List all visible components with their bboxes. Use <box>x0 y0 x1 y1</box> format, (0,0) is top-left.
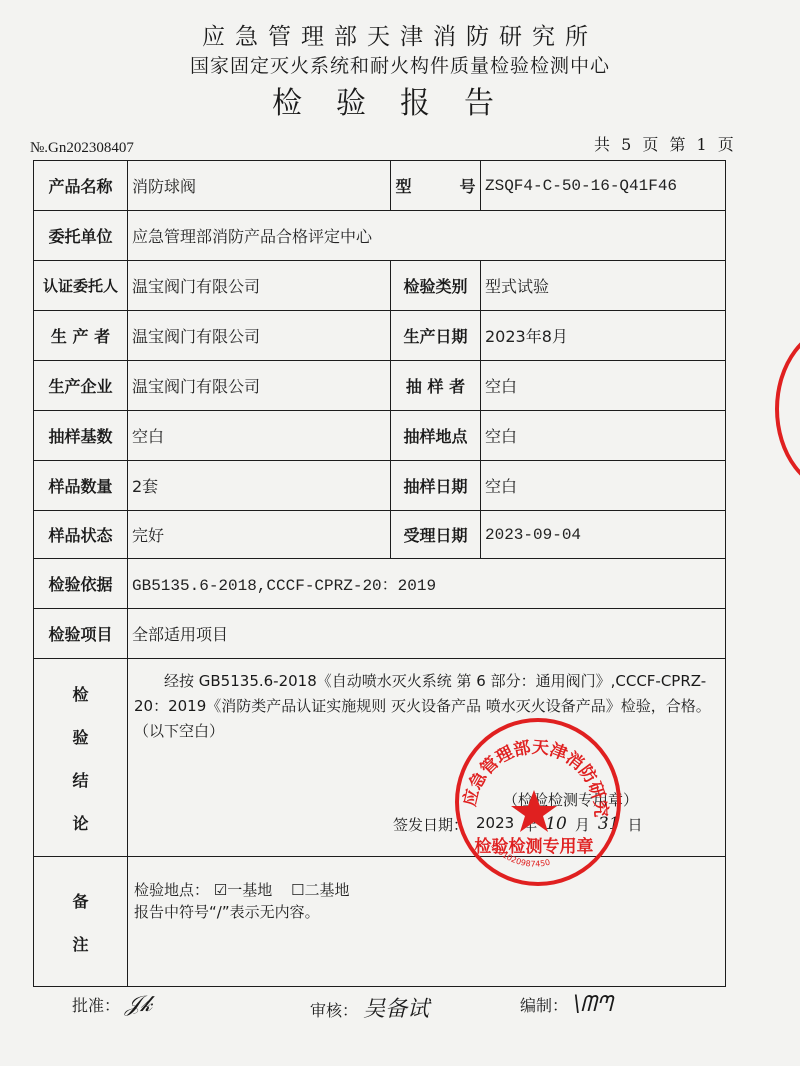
value-accept-date: 2023-09-04 <box>481 511 726 559</box>
row-applicant: 认证委托人 温宝阀门有限公司 检验类别 型式试验 <box>34 261 726 311</box>
svg-text:检验检测专用章: 检验检测专用章 <box>475 836 594 857</box>
row-producer: 生 产 者 温宝阀门有限公司 生产日期 2023年8月 <box>34 311 726 361</box>
partial-seal-stamp <box>775 325 800 493</box>
label-sample-location: 抽样地点 <box>391 411 481 461</box>
value-model: ZSQF4-C-50-16-Q41F46 <box>481 161 726 211</box>
row-product: 产品名称 消防球阀 型 号 ZSQF4-C-50-16-Q41F46 <box>34 161 726 211</box>
review-label: 审核： <box>310 1001 358 1020</box>
label-char: 论 <box>38 811 123 834</box>
conclusion-cell: 经按 GB5135.6-2018《自动喷水灭火系统 第 6 部分：通用阀门》,C… <box>128 659 726 857</box>
value-cert-applicant: 温宝阀门有限公司 <box>128 261 391 311</box>
compile-signature: \ᗰᘉ <box>573 992 612 1017</box>
center-name: 国家固定灭火系统和耐火构件质量检验检测中心 <box>0 51 800 78</box>
approve-signature: 𝒥𝓀 <box>125 992 152 1017</box>
value-sample-state: 完好 <box>128 511 391 559</box>
value-product-name: 消防球阀 <box>128 161 391 211</box>
report-table: 产品名称 消防球阀 型 号 ZSQF4-C-50-16-Q41F46 委托单位 … <box>33 160 726 987</box>
label-sample-state: 样品状态 <box>34 511 128 559</box>
label-manufacturer: 生产企业 <box>34 361 128 411</box>
label-char: 验 <box>38 725 123 748</box>
remarks-note: 报告中符号“/”表示无内容。 <box>134 901 719 923</box>
compile-field: 编制： \ᗰᘉ <box>520 992 612 1017</box>
label-basis: 检验依据 <box>34 559 128 609</box>
row-sample-qty: 样品数量 2套 抽样日期 空白 <box>34 461 726 511</box>
value-producer: 温宝阀门有限公司 <box>128 311 391 361</box>
label-test-type: 检验类别 <box>391 261 481 311</box>
row-sample-base: 抽样基数 空白 抽样地点 空白 <box>34 411 726 461</box>
remarks-cell: 检验地点： ☑一基地 ☐二基地 报告中符号“/”表示无内容。 <box>128 857 726 987</box>
label-char: 结 <box>38 768 123 791</box>
label-sample-base: 抽样基数 <box>34 411 128 461</box>
row-remarks: 备 注 检验地点： ☑一基地 ☐二基地 报告中符号“/”表示无内容。 <box>34 857 726 987</box>
value-items: 全部适用项目 <box>128 609 726 659</box>
report-title: 检验报告 <box>0 78 800 122</box>
value-sample-location: 空白 <box>481 411 726 461</box>
row-basis: 检验依据 GB5135.6-2018,CCCF-CPRZ-20：2019 <box>34 559 726 609</box>
value-sample-qty: 2套 <box>128 461 391 511</box>
label-char: 注 <box>38 932 123 955</box>
row-items: 检验项目 全部适用项目 <box>34 609 726 659</box>
row-sample-state: 样品状态 完好 受理日期 2023-09-04 <box>34 511 726 559</box>
label-producer: 生 产 者 <box>34 311 128 361</box>
label-product-name: 产品名称 <box>34 161 128 211</box>
conclusion-text: 经按 GB5135.6-2018《自动喷水灭火系统 第 6 部分：通用阀门》,C… <box>128 659 725 744</box>
label-cert-applicant: 认证委托人 <box>34 261 128 311</box>
label-remarks: 备 注 <box>34 857 128 987</box>
value-test-type: 型式试验 <box>481 261 726 311</box>
seal-graphic: 应急管理部天津消防研究所 1201020987450 检验检测专用章 <box>455 718 613 878</box>
value-basis: GB5135.6-2018,CCCF-CPRZ-20：2019 <box>128 559 726 609</box>
approve-field: 批准： 𝒥𝓀 <box>72 992 152 1017</box>
row-client: 委托单位 应急管理部消防产品合格评定中心 <box>34 211 726 261</box>
official-seal-stamp: 应急管理部天津消防研究所 1201020987450 检验检测专用章 <box>455 718 621 886</box>
report-number: №.Gn202308407 <box>30 140 134 157</box>
checkbox-base-1: ☑一基地 <box>214 881 272 899</box>
value-client: 应急管理部消防产品合格评定中心 <box>128 211 726 261</box>
row-manufacturer: 生产企业 温宝阀门有限公司 抽 样 者 空白 <box>34 361 726 411</box>
label-char: 备 <box>38 889 123 912</box>
value-manufacturer: 温宝阀门有限公司 <box>128 361 391 411</box>
label-conclusion: 检 验 结 论 <box>34 659 128 857</box>
label-sample-date: 抽样日期 <box>391 461 481 511</box>
label-sample-qty: 样品数量 <box>34 461 128 511</box>
approve-label: 批准： <box>72 996 120 1015</box>
day-char: 日 <box>628 814 643 835</box>
org-name: 应急管理部天津消防研究所 <box>0 18 800 51</box>
compile-label: 编制： <box>520 996 568 1015</box>
label-sampler: 抽 样 者 <box>391 361 481 411</box>
test-location-line: 检验地点： ☑一基地 ☐二基地 <box>134 879 719 901</box>
page-count: 共 5 页 第 1 页 <box>594 132 737 155</box>
value-sample-base: 空白 <box>128 411 391 461</box>
label-accept-date: 受理日期 <box>391 511 481 559</box>
label-items: 检验项目 <box>34 609 128 659</box>
label-production-date: 生产日期 <box>391 311 481 361</box>
review-field: 审核： 吴备试 <box>310 992 429 1023</box>
label-char: 检 <box>38 682 123 705</box>
row-conclusion: 检 验 结 论 经按 GB5135.6-2018《自动喷水灭火系统 第 6 部分… <box>34 659 726 857</box>
label-model: 型 号 <box>391 161 481 211</box>
review-signature: 吴备试 <box>363 997 429 1022</box>
location-label: 检验地点： <box>134 881 209 899</box>
value-sample-date: 空白 <box>481 461 726 511</box>
label-client: 委托单位 <box>34 211 128 261</box>
value-sampler: 空白 <box>481 361 726 411</box>
checkbox-base-2: ☐二基地 <box>291 881 349 899</box>
value-production-date: 2023年8月 <box>481 311 726 361</box>
